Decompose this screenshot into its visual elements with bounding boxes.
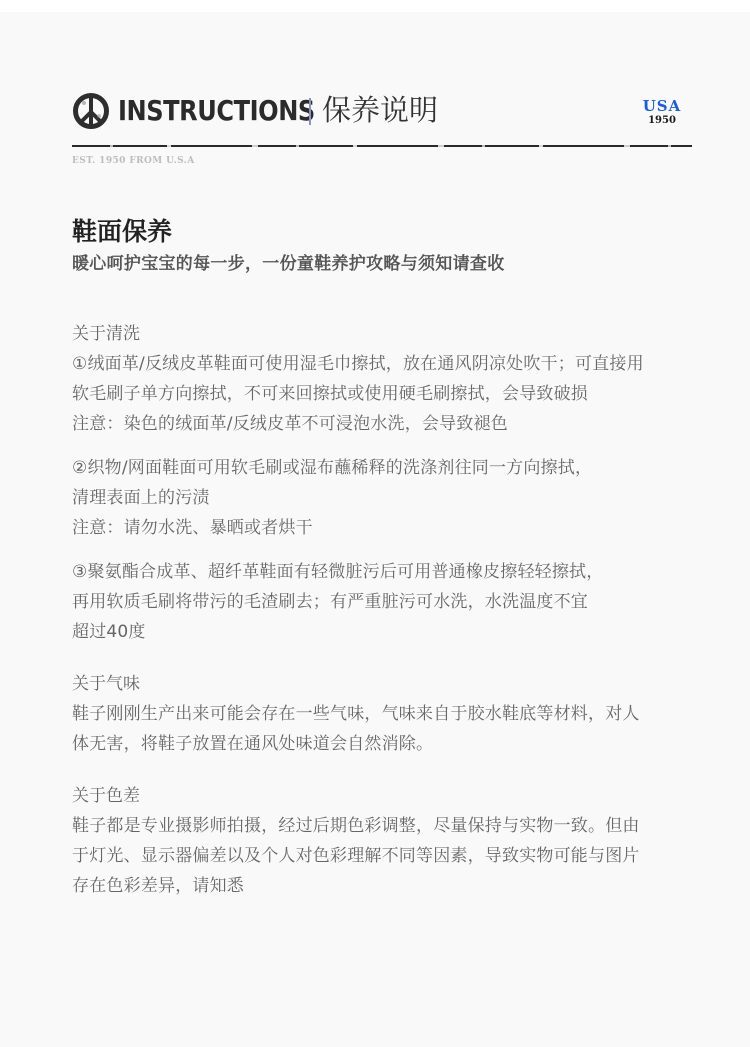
cleaning-item-1: ①绒面革/反绒皮革鞋面可使用湿毛巾擦拭，放在通风阴凉处吹干；可直接用 软毛刷子单…: [72, 349, 692, 439]
brand-title: INSTRUCTIONS: [118, 93, 315, 129]
header: INSTRUCTIONS 保养说明 USA 1950 EST. 1950 FRO…: [72, 90, 692, 170]
section-title: 鞋面保养: [72, 214, 692, 250]
title-divider: [309, 98, 311, 125]
paragraph-line: 再用软质毛刷将带污的毛渣刷去；有严重脏污可水洗，水洗温度不宜: [72, 587, 692, 617]
section-heading: 关于气味: [72, 669, 692, 699]
note-line: 注意：请勿水洗、暴晒或者烘干: [72, 513, 692, 543]
section-subtitle: 暖心呵护宝宝的每一步，一份童鞋养护攻略与须知请查收: [72, 250, 692, 278]
usa-badge: USA 1950: [638, 98, 686, 134]
top-strip: [0, 0, 750, 12]
cleaning-item-2: ②织物/网面鞋面可用软毛刷或湿布蘸稀释的洗涤剂往同一方向擦拭， 清理表面上的污渍…: [72, 453, 692, 543]
paragraph-line: 鞋子都是专业摄影师拍摄，经过后期色彩调整，尽量保持与实物一致。但由: [72, 811, 692, 841]
page-title: 保养说明: [322, 91, 438, 129]
section-heading: 关于色差: [72, 781, 692, 811]
section-heading: 关于清洗: [72, 319, 692, 349]
peace-sign-icon: [72, 92, 110, 130]
section-odor: 关于气味 鞋子刚刚生产出来可能会存在一些气味，气味来自于胶水鞋底等材料，对人 体…: [72, 669, 692, 759]
paragraph-line: ③聚氨酯合成革、超纤革鞋面有轻微脏污后可用普通橡皮擦轻轻擦拭，: [72, 557, 692, 587]
section-cleaning: 关于清洗 ①绒面革/反绒皮革鞋面可使用湿毛巾擦拭，放在通风阴凉处吹干；可直接用 …: [72, 319, 692, 647]
paragraph-line: 体无害，将鞋子放置在通风处味道会自然消除。: [72, 729, 692, 759]
paragraph-line: 存在色彩差异，请知悉: [72, 871, 692, 901]
badge-country: USA: [638, 98, 686, 115]
badge-year: 1950: [638, 115, 686, 127]
main-content: 鞋面保养 暖心呵护宝宝的每一步，一份童鞋养护攻略与须知请查收 关于清洗 ①绒面革…: [72, 214, 692, 901]
est-tagline: EST. 1950 FROM U.S.A: [72, 156, 195, 166]
paragraph-line: 超过40度: [72, 617, 692, 647]
paragraph-line: ②织物/网面鞋面可用软毛刷或湿布蘸稀释的洗涤剂往同一方向擦拭，: [72, 453, 692, 483]
paragraph-line: 于灯光、显示器偏差以及个人对色彩理解不同等因素，导致实物可能与图片: [72, 841, 692, 871]
cleaning-item-3: ③聚氨酯合成革、超纤革鞋面有轻微脏污后可用普通橡皮擦轻轻擦拭， 再用软质毛刷将带…: [72, 557, 692, 647]
header-divider: [72, 145, 692, 147]
paragraph-line: 软毛刷子单方向擦拭，不可来回擦拭或使用硬毛刷擦拭，会导致破损: [72, 379, 692, 409]
note-line: 注意：染色的绒面革/反绒皮革不可浸泡水洗，会导致褪色: [72, 409, 692, 439]
section-color-difference: 关于色差 鞋子都是专业摄影师拍摄，经过后期色彩调整，尽量保持与实物一致。但由 于…: [72, 781, 692, 901]
paragraph-line: 鞋子刚刚生产出来可能会存在一些气味，气味来自于胶水鞋底等材料，对人: [72, 699, 692, 729]
paragraph-line: ①绒面革/反绒皮革鞋面可使用湿毛巾擦拭，放在通风阴凉处吹干；可直接用: [72, 349, 692, 379]
paragraph-line: 清理表面上的污渍: [72, 483, 692, 513]
